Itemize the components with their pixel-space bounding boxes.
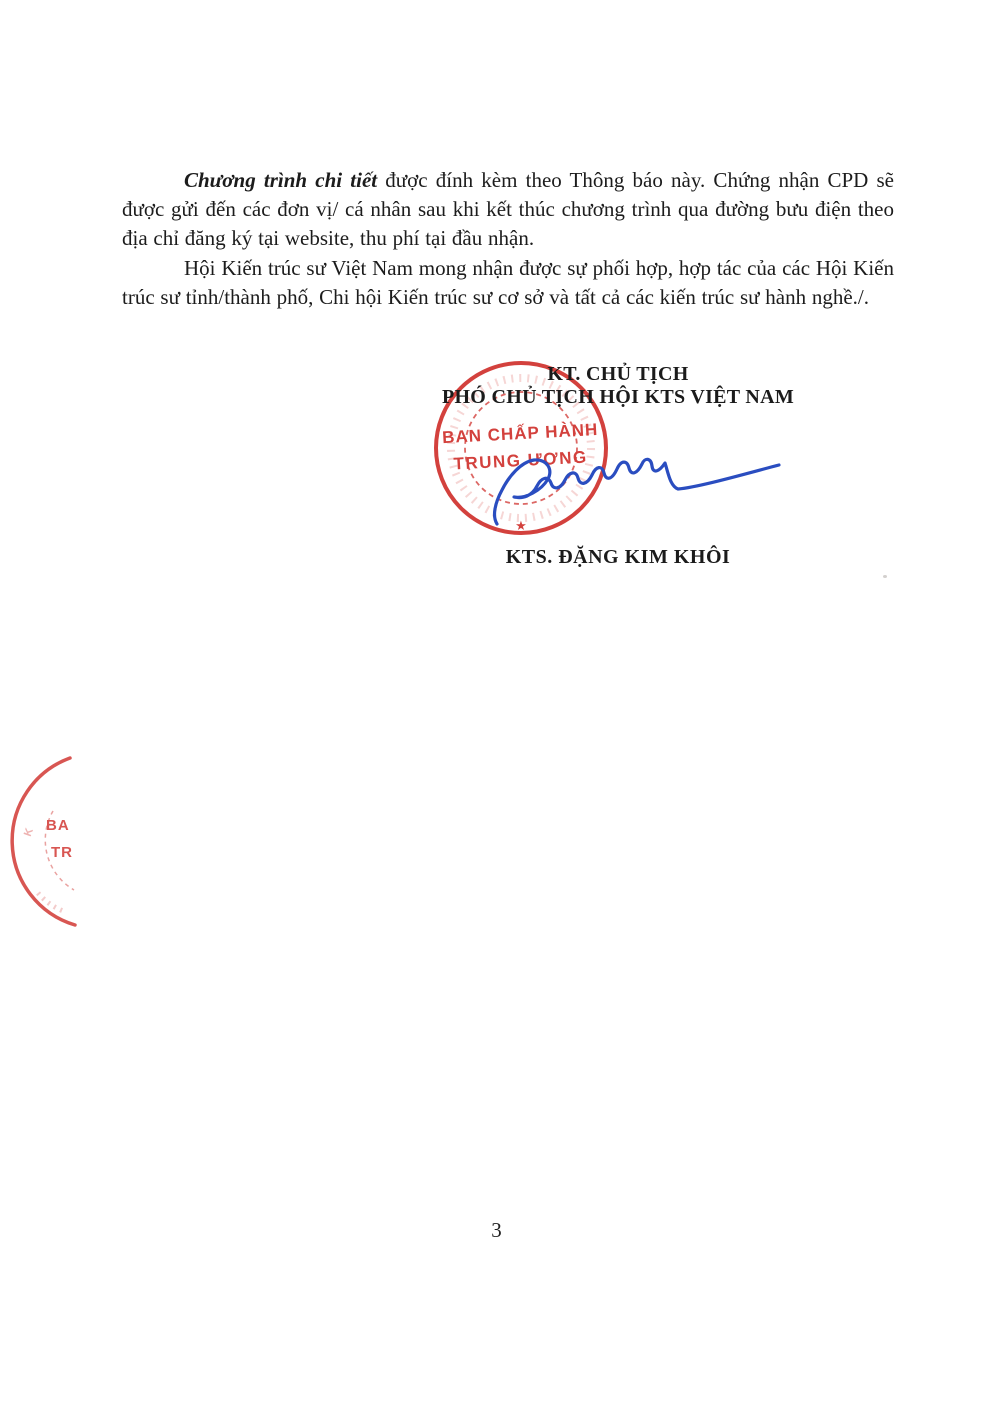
document-page: Chương trình chi tiết được đính kèm theo…: [0, 0, 993, 1404]
partial-stamp-edge-fragment: K: [22, 827, 36, 839]
page-number: 3: [0, 1218, 993, 1243]
scan-speck: [883, 575, 887, 578]
paragraph-intro: Chương trình chi tiết được đính kèm theo…: [122, 166, 894, 253]
signature-stroke: [495, 459, 779, 524]
signatory-title-line2: PHÓ CHỦ TỊCH HỘI KTS VIỆT NAM: [418, 386, 818, 409]
signatory-title: KT. CHỦ TỊCH PHÓ CHỦ TỊCH HỘI KTS VIỆT N…: [418, 363, 818, 409]
paragraph-intro-lead: Chương trình chi tiết: [184, 168, 377, 192]
signatory-name: KTS. ĐẶNG KIM KHÔI: [418, 546, 818, 569]
partial-red-stamp: BA TR K: [0, 748, 120, 938]
partial-stamp-fragment2: TR: [51, 844, 73, 861]
signatory-title-line1: KT. CHỦ TỊCH: [418, 363, 818, 386]
paragraph-closing: Hội Kiến trúc sư Việt Nam mong nhận được…: [122, 254, 894, 312]
signature-ink: [470, 440, 790, 540]
partial-stamp-fragment1: BA: [46, 817, 70, 834]
